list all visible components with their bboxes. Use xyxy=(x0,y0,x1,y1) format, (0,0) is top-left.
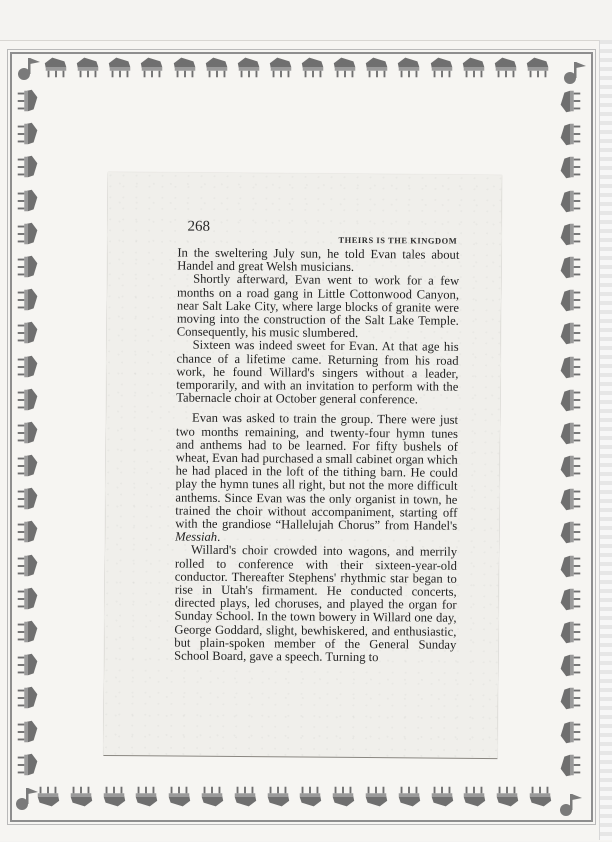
paragraph-text: . xyxy=(217,530,220,544)
paragraph: Shortly afterward, Evan went to work for… xyxy=(177,273,460,341)
piano-side-icon xyxy=(14,486,42,512)
piano-side-icon xyxy=(14,88,42,114)
piano-icon xyxy=(428,54,456,80)
piano-icon xyxy=(460,54,488,80)
piano-side-icon xyxy=(14,685,42,711)
piano-icon xyxy=(235,54,263,80)
paragraph-text: Evan was asked to train the group. There… xyxy=(175,411,458,533)
upturned-piano-icon xyxy=(395,784,423,810)
piano-side-icon xyxy=(556,519,584,545)
piano-side-icon xyxy=(14,619,42,645)
piano-icon xyxy=(299,54,327,80)
piano-side-icon xyxy=(14,387,42,413)
binder-edge xyxy=(599,40,612,840)
piano-side-icon xyxy=(556,752,584,778)
piano-icon xyxy=(171,54,199,80)
piano-side-icon xyxy=(14,320,42,346)
piano-side-icon xyxy=(14,254,42,280)
piano-icon xyxy=(106,54,134,80)
book-page-clipping: 268 THEIRS IS THE KINGDOM In the swelter… xyxy=(103,172,502,758)
upturned-piano-icon xyxy=(100,784,128,810)
piano-side-icon xyxy=(14,652,42,678)
piano-side-icon xyxy=(556,652,584,678)
piano-icon xyxy=(331,54,359,80)
upturned-piano-icon xyxy=(460,784,488,810)
piano-icon xyxy=(74,54,102,80)
piano-side-icon xyxy=(556,188,584,214)
piano-side-icon xyxy=(14,453,42,479)
piano-side-icon xyxy=(556,121,584,147)
piano-side-icon xyxy=(556,254,584,280)
piano-icon xyxy=(395,54,423,80)
running-head: THEIRS IS THE KINGDOM xyxy=(338,236,457,246)
paragraph: Evan was asked to train the group. There… xyxy=(175,412,458,546)
piano-icon xyxy=(492,54,520,80)
corner-music-note-icon xyxy=(12,784,42,814)
piano-side-icon xyxy=(14,354,42,380)
paragraph: Willard's choir crowded into wagons, and… xyxy=(174,544,457,665)
piano-icon xyxy=(203,54,231,80)
upturned-piano-icon xyxy=(526,784,554,810)
paragraph: Sixteen was indeed sweet for Evan. At th… xyxy=(176,339,459,407)
piano-side-icon xyxy=(14,586,42,612)
piano-side-icon xyxy=(556,719,584,745)
piano-side-icon xyxy=(556,553,584,579)
piano-side-icon xyxy=(14,287,42,313)
upturned-piano-icon xyxy=(67,784,95,810)
piano-icon xyxy=(42,54,70,80)
italic-title: Messiah xyxy=(175,530,217,544)
left-border-motifs xyxy=(14,88,42,778)
piano-side-icon xyxy=(14,121,42,147)
piano-side-icon xyxy=(556,221,584,247)
upturned-piano-icon xyxy=(362,784,390,810)
upturned-piano-icon xyxy=(493,784,521,810)
piano-side-icon xyxy=(556,586,584,612)
piano-side-icon xyxy=(556,354,584,380)
piano-side-icon xyxy=(14,719,42,745)
piano-side-icon xyxy=(14,221,42,247)
piano-icon xyxy=(524,54,552,80)
piano-icon xyxy=(267,54,295,80)
upturned-piano-icon xyxy=(264,784,292,810)
piano-side-icon xyxy=(14,188,42,214)
piano-side-icon xyxy=(14,519,42,545)
corner-music-note-icon xyxy=(560,58,590,88)
piano-side-icon xyxy=(14,154,42,180)
upturned-piano-icon xyxy=(428,784,456,810)
piano-side-icon xyxy=(556,287,584,313)
piano-side-icon xyxy=(556,387,584,413)
piano-side-icon xyxy=(556,486,584,512)
upturned-piano-icon xyxy=(165,784,193,810)
paragraph: In the sweltering July sun, he told Evan… xyxy=(177,247,459,276)
piano-icon xyxy=(138,54,166,80)
piano-side-icon xyxy=(556,453,584,479)
corner-music-note-icon xyxy=(14,54,44,84)
piano-side-icon xyxy=(14,420,42,446)
piano-side-icon xyxy=(556,420,584,446)
upturned-piano-icon xyxy=(231,784,259,810)
top-border-motifs xyxy=(42,54,552,80)
upturned-piano-icon xyxy=(132,784,160,810)
piano-side-icon xyxy=(556,320,584,346)
piano-icon xyxy=(363,54,391,80)
piano-side-icon xyxy=(556,154,584,180)
right-border-motifs xyxy=(556,88,584,778)
piano-side-icon xyxy=(556,88,584,114)
corner-music-note-icon xyxy=(556,790,586,820)
body-text: In the sweltering July sun, he told Evan… xyxy=(174,247,459,665)
piano-side-icon xyxy=(14,752,42,778)
upturned-piano-icon xyxy=(296,784,324,810)
upturned-piano-icon xyxy=(329,784,357,810)
piano-side-icon xyxy=(556,685,584,711)
page-number: 268 xyxy=(188,219,211,236)
upturned-piano-icon xyxy=(198,784,226,810)
bottom-border-motifs xyxy=(34,784,554,810)
piano-side-icon xyxy=(14,553,42,579)
piano-side-icon xyxy=(556,619,584,645)
